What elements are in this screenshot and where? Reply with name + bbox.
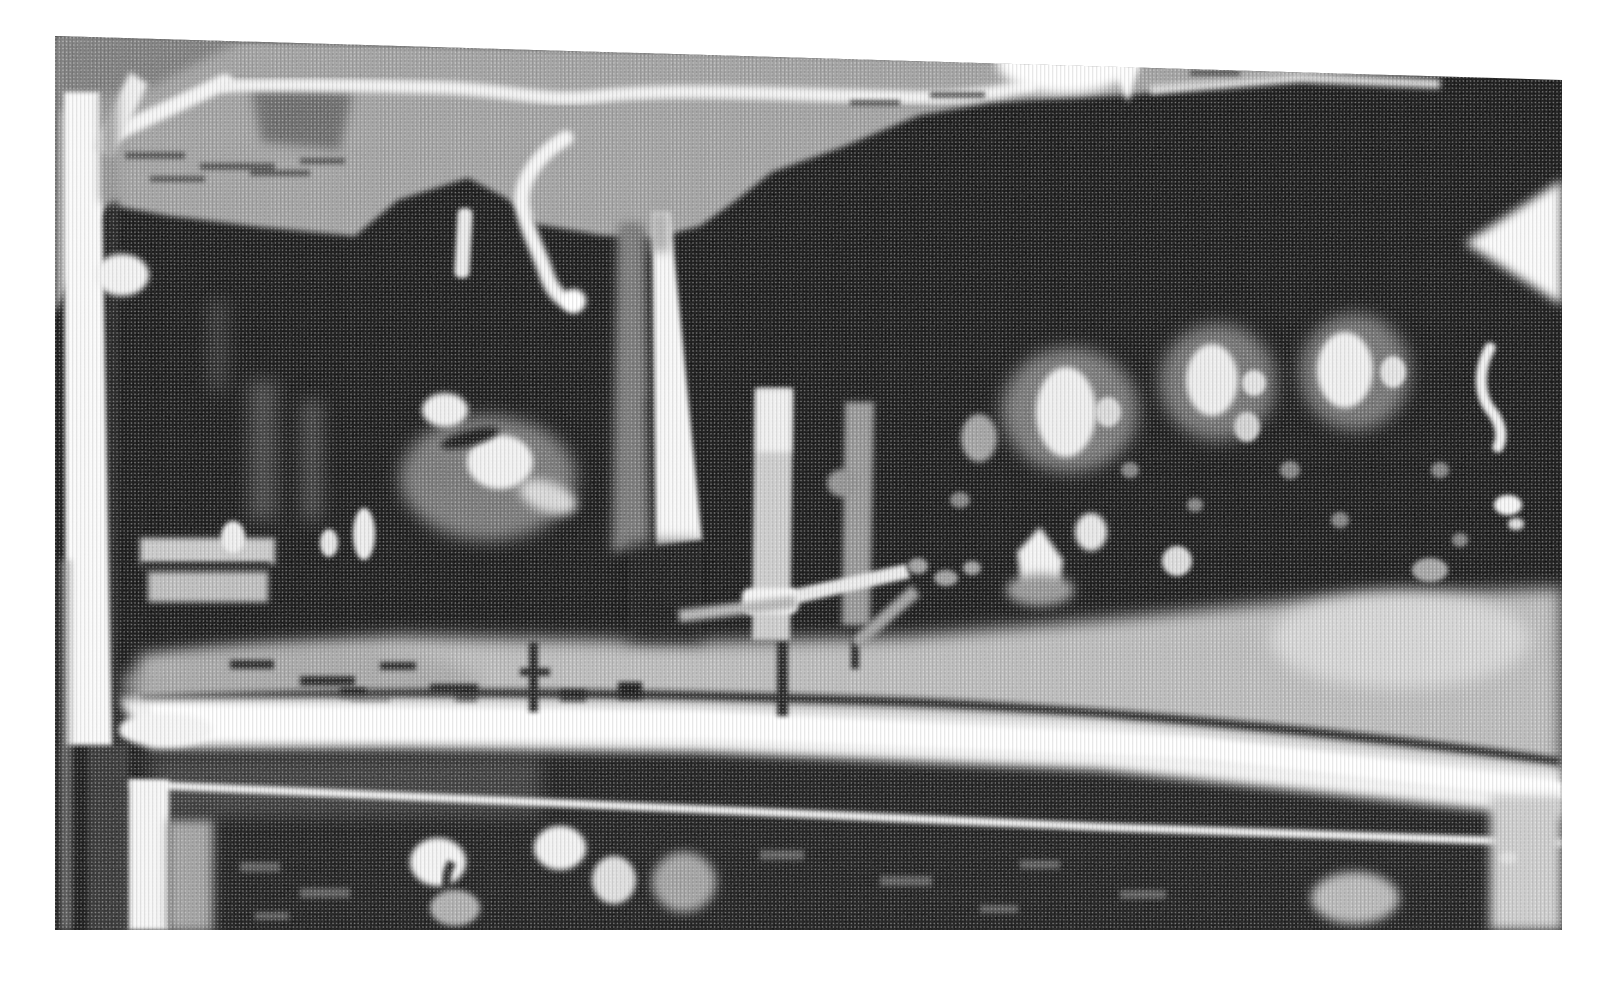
grain-overlay (55, 36, 1562, 930)
photo-figure: Scanned black-and-white halftone photogr… (0, 0, 1623, 983)
photo-area (55, 30, 1562, 932)
halftone-photograph: Scanned black-and-white halftone photogr… (0, 0, 1623, 983)
page: Scanned black-and-white halftone photogr… (0, 0, 1623, 983)
